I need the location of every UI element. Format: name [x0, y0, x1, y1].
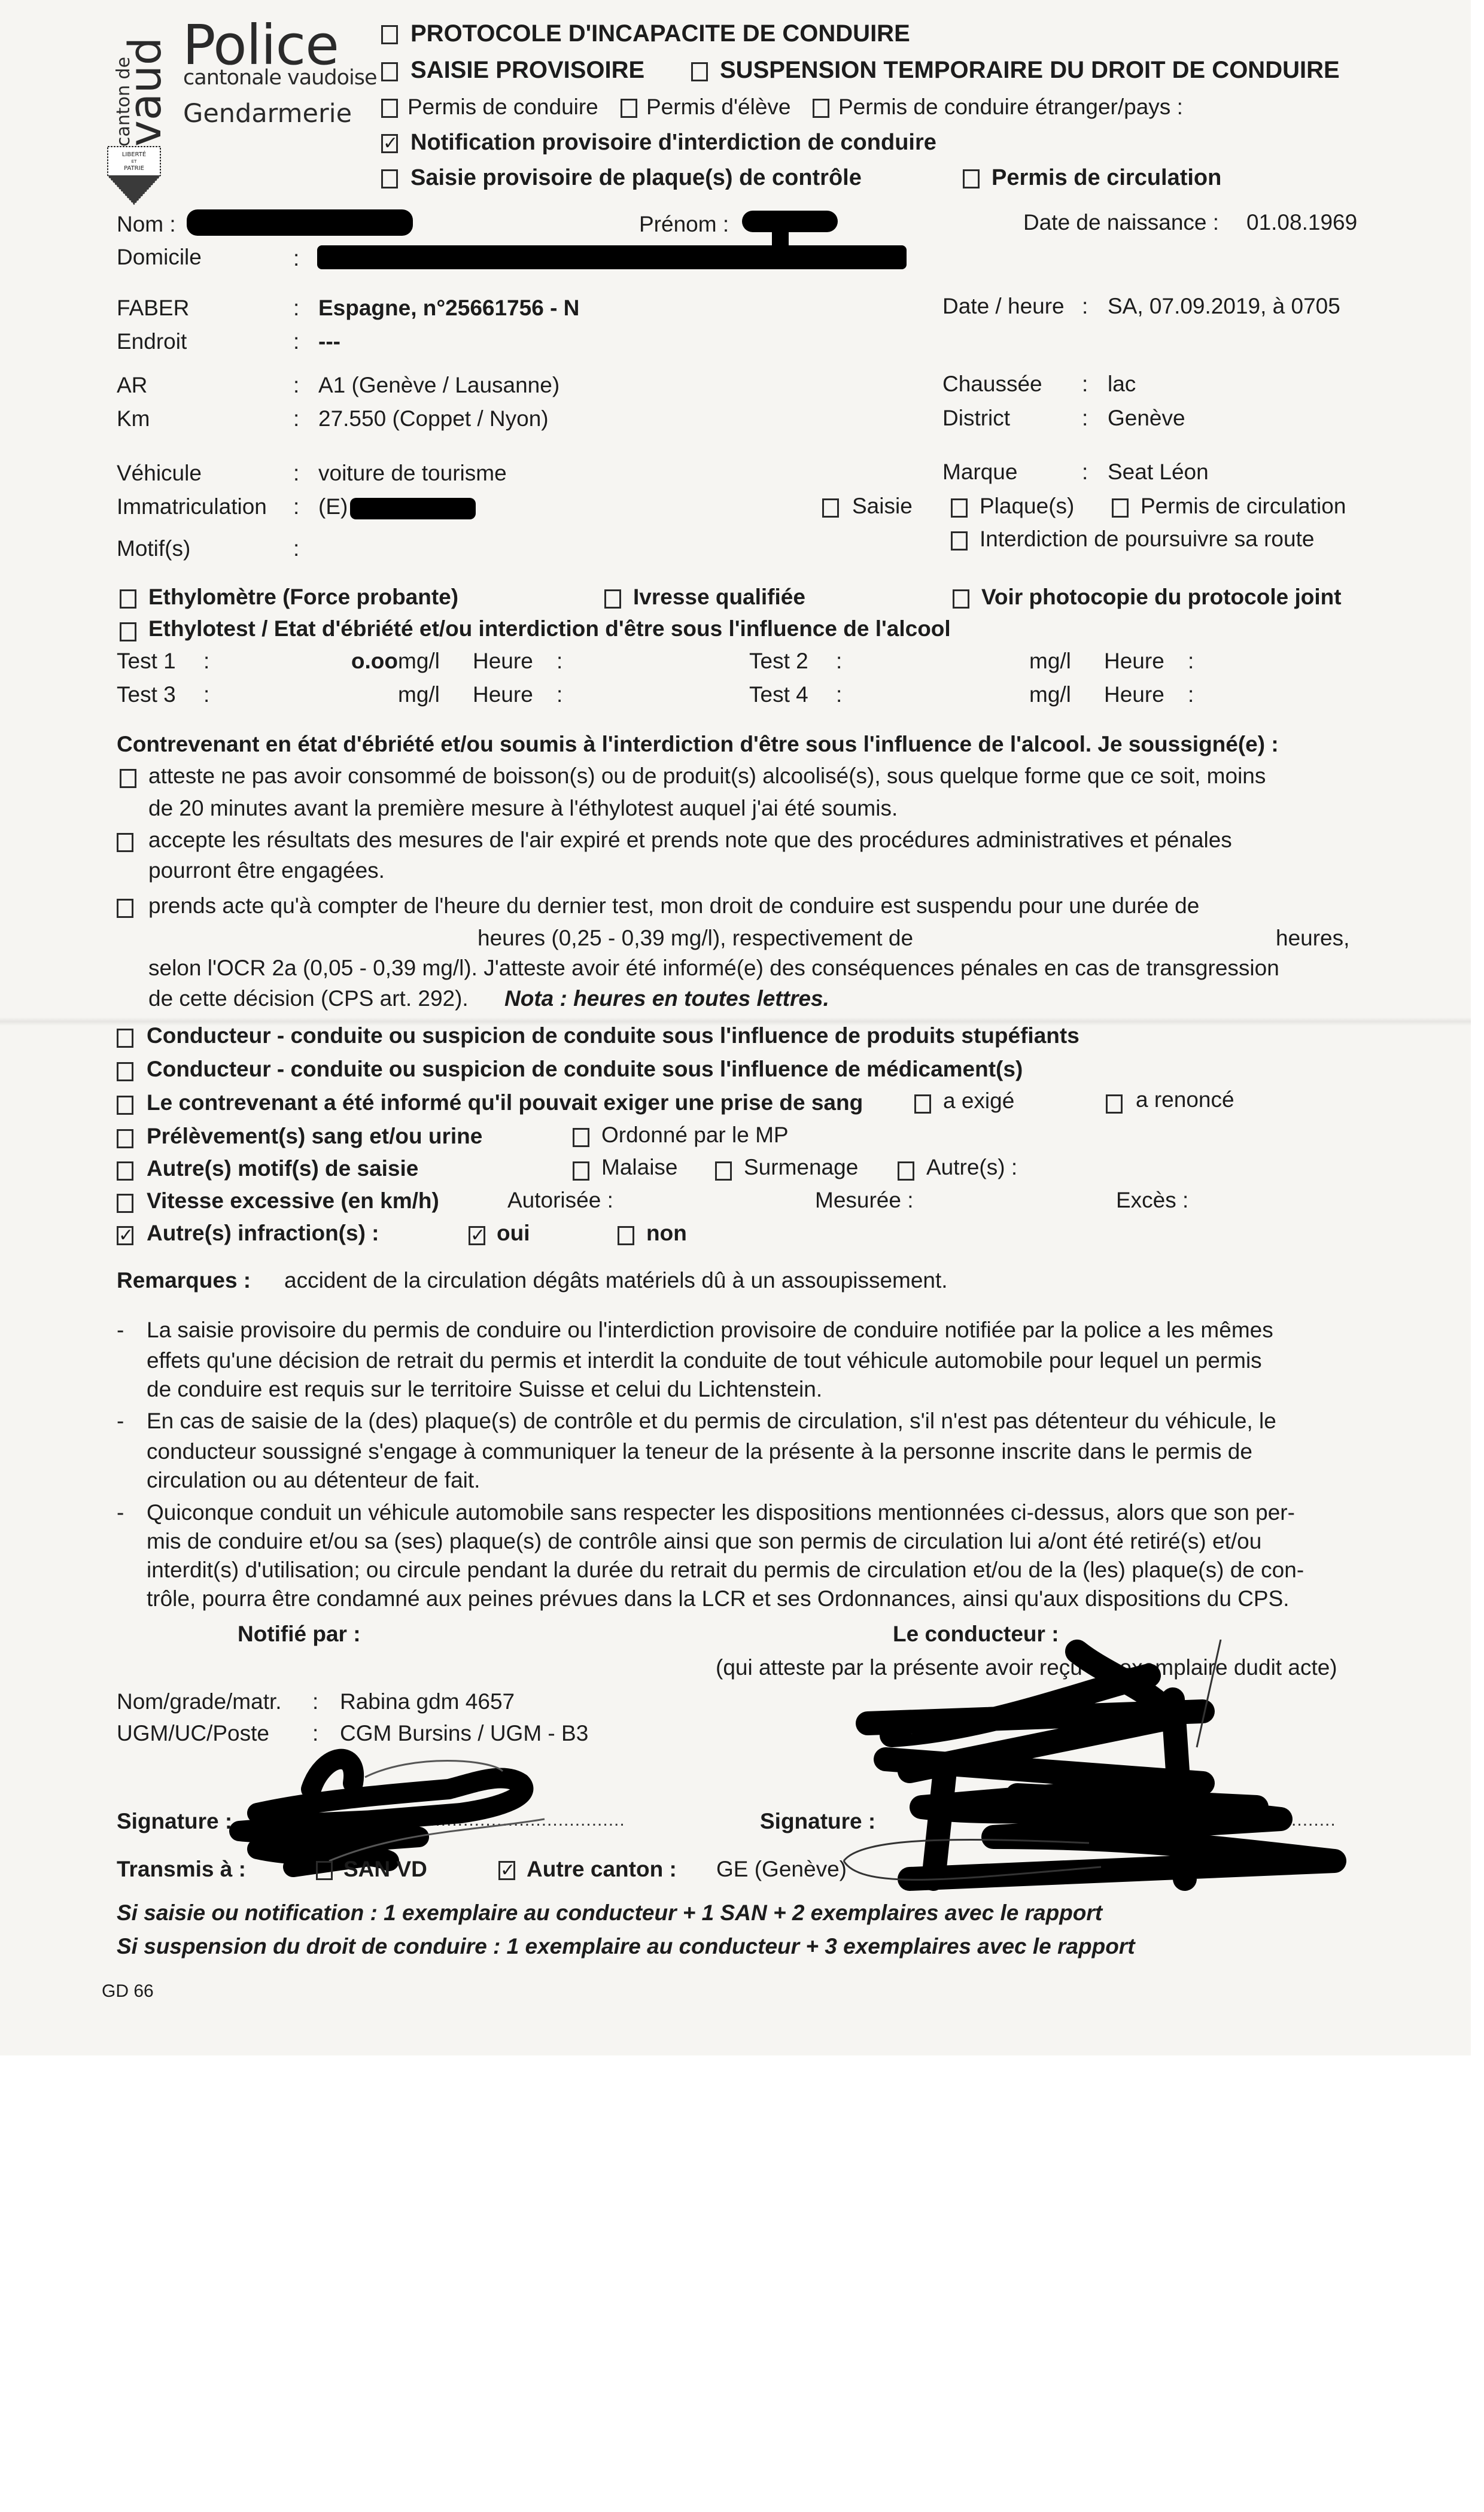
footer-note-suspension: Si suspension du droit de conduire : 1 e…	[117, 1933, 1135, 1960]
ordonne-mp-label: Ordonné par le MP	[601, 1122, 789, 1148]
ivresse-label: Ivresse qualifiée	[633, 584, 805, 610]
option-saisie-plaques-label: Saisie provisoire de plaque(s) de contrô…	[410, 165, 862, 191]
checkbox-ordonne-mp[interactable]	[573, 1128, 589, 1147]
immat-value: (E)	[318, 494, 348, 520]
checkbox-permis-etranger[interactable]	[813, 99, 829, 118]
heures-text-2: heures,	[1276, 925, 1349, 951]
marque-sep: :	[1082, 459, 1088, 485]
test1-heure-label: Heure	[473, 648, 533, 674]
vehicule-value: voiture de tourisme	[318, 460, 507, 486]
checkbox-suspension[interactable]	[691, 62, 708, 81]
checkbox-non[interactable]	[618, 1226, 634, 1245]
notice-2-bullet: -	[117, 1408, 124, 1434]
svg-text:ET: ET	[132, 159, 137, 164]
checkbox-notification[interactable]: ✓	[381, 134, 398, 153]
vaud-shield-icon: LIBERTÉ ET PATRIE	[107, 145, 162, 205]
checkbox-san-vd[interactable]	[316, 1861, 333, 1880]
form-code: GD 66	[102, 1978, 154, 2005]
checkbox-permis-eleve[interactable]	[621, 99, 637, 118]
vehicule-label: Véhicule	[117, 460, 202, 486]
notice-3-line1: Quiconque conduit un véhicule automobile…	[147, 1500, 1295, 1526]
prenom-redacted	[742, 211, 838, 232]
a-renonce-label: a renoncé	[1136, 1087, 1234, 1113]
vehicule-sep: :	[293, 460, 299, 486]
datetime-label: Date / heure	[942, 293, 1065, 320]
checkbox-a-renonce[interactable]	[1106, 1094, 1123, 1114]
option-permis-etranger-label: Permis de conduire étranger/pays :	[838, 94, 1183, 120]
checkbox-plaques[interactable]	[951, 498, 968, 518]
ar-value: A1 (Genève / Lausanne)	[318, 372, 559, 399]
option-suspension-label: SUSPENSION TEMPORAIRE DU DROIT DE CONDUI…	[720, 57, 1340, 83]
medicaments-label: Conducteur - conduite ou suspicion de co…	[147, 1056, 1023, 1082]
test4-sep: :	[836, 682, 842, 708]
test3-heure-label: Heure	[473, 682, 533, 708]
autres-label: Autre(s) :	[926, 1154, 1017, 1181]
marque-label: Marque	[942, 459, 1017, 485]
motifs-sep: :	[293, 536, 299, 562]
checkbox-accepte[interactable]	[117, 833, 133, 852]
km-value: 27.550 (Coppet / Nyon)	[318, 406, 549, 432]
cps-text: de cette décision (CPS art. 292).	[148, 986, 469, 1012]
test1-unit: mg/l	[398, 648, 440, 674]
chaussee-label: Chaussée	[942, 371, 1042, 397]
nom-grade-label: Nom/grade/matr.	[117, 1689, 282, 1715]
non-label: non	[646, 1220, 687, 1246]
remarques-label: Remarques :	[117, 1267, 251, 1294]
option-protocole-label: PROTOCOLE D'INCAPACITE DE CONDUIRE	[410, 20, 910, 47]
malaise-label: Malaise	[601, 1154, 678, 1181]
checkbox-interdiction-route[interactable]	[951, 531, 968, 551]
checkbox-surmenage[interactable]	[715, 1161, 732, 1181]
test1-heure-sep: :	[556, 648, 562, 674]
checkbox-autres[interactable]	[898, 1161, 914, 1181]
stupefiants-label: Conducteur - conduite ou suspicion de co…	[147, 1023, 1079, 1049]
checkbox-autre-motif[interactable]	[117, 1161, 133, 1181]
prelevement-label: Prélèvement(s) sang et/ou urine	[147, 1123, 482, 1149]
test3-label: Test 3	[117, 682, 176, 708]
remarques-value: accident de la circulation dégâts matéri…	[284, 1267, 948, 1294]
nom-grade-sep: :	[312, 1689, 318, 1715]
district-sep: :	[1082, 405, 1088, 431]
notice-3-line4: trôle, pourra être condamné aux peines p…	[147, 1586, 1290, 1612]
autre-canton-value: GE (Genève)	[716, 1856, 847, 1883]
nom-redacted	[187, 209, 413, 236]
ar-sep: :	[293, 372, 299, 399]
checkbox-malaise[interactable]	[573, 1161, 589, 1181]
option-interdiction-route-label: Interdiction de poursuivre sa route	[980, 526, 1314, 552]
option-saisie-provisoire-label: SAISIE PROVISOIRE	[410, 57, 644, 83]
heures-text-1: heures (0,25 - 0,39 mg/l), respectivemen…	[478, 925, 913, 951]
checkbox-saisie-plaques[interactable]	[381, 169, 398, 188]
prenom-label: Prénom :	[639, 211, 729, 238]
oui-label: oui	[497, 1220, 530, 1246]
immat-sep: :	[293, 494, 299, 520]
datetime-value: SA, 07.09.2019, à 0705	[1108, 293, 1340, 320]
transmis-label: Transmis à :	[117, 1856, 246, 1883]
checkbox-photocopie[interactable]	[953, 589, 969, 609]
district-value: Genève	[1108, 405, 1185, 431]
notice-2-line1: En cas de saisie de la (des) plaque(s) d…	[147, 1408, 1276, 1434]
domicile-sep: :	[293, 245, 299, 272]
svg-text:PATRIE: PATRIE	[124, 165, 144, 172]
district-label: District	[942, 405, 1010, 431]
autre-motif-label: Autre(s) motif(s) de saisie	[147, 1155, 418, 1182]
option-notification-label: Notification provisoire d'interdiction d…	[410, 129, 936, 156]
checkbox-protocole[interactable]	[381, 25, 398, 44]
chaussee-value: lac	[1108, 371, 1136, 397]
atteste-line1: atteste ne pas avoir consommé de boisson…	[148, 763, 1266, 789]
endroit-value: ---	[318, 329, 340, 355]
test1-sep: :	[203, 648, 209, 674]
ugm-value: CGM Bursins / UGM - B3	[340, 1720, 588, 1747]
checkbox-vitesse[interactable]	[117, 1194, 133, 1213]
mesuree-label: Mesurée :	[815, 1187, 914, 1214]
checkbox-autre-canton[interactable]: ✓	[498, 1861, 515, 1880]
checkbox-ethylotest[interactable]	[120, 622, 136, 641]
checkbox-medicaments[interactable]	[117, 1062, 133, 1081]
motifs-label: Motif(s)	[117, 536, 190, 562]
ethylotest-label: Ethylotest / Etat d'ébriété et/ou interd…	[148, 616, 951, 642]
notice-1-bullet: -	[117, 1317, 124, 1343]
chaussee-sep: :	[1082, 371, 1088, 397]
km-label: Km	[117, 406, 150, 432]
accepte-line1: accepte les résultats des mesures de l'a…	[148, 827, 1232, 853]
checkbox-oui[interactable]: ✓	[469, 1226, 485, 1245]
checkbox-saisie[interactable]	[822, 498, 839, 518]
domicile-redacted	[317, 245, 907, 269]
checkbox-saisie-provisoire[interactable]	[381, 62, 398, 81]
test2-heure-label: Heure	[1104, 648, 1164, 674]
photocopie-label: Voir photocopie du protocole joint	[981, 584, 1342, 610]
datetime-sep: :	[1082, 293, 1088, 320]
svg-text:vaud: vaud	[120, 37, 166, 147]
checkbox-ivresse[interactable]	[604, 589, 621, 609]
prends-acte-line1: prends acte qu'à compter de l'heure du d…	[148, 893, 1199, 919]
checkbox-prelevement[interactable]	[117, 1129, 133, 1148]
autre-infraction-label: Autre(s) infraction(s) :	[147, 1220, 379, 1246]
test4-label: Test 4	[749, 682, 808, 708]
test1-label: Test 1	[117, 648, 176, 674]
nom-label: Nom :	[117, 211, 176, 238]
option-permis-circulation-vehicle-label: Permis de circulation	[1141, 493, 1346, 519]
declaration-heading: Contrevenant en état d'ébriété et/ou sou…	[117, 731, 1279, 758]
test3-sep: :	[203, 682, 209, 708]
test2-unit: mg/l	[1029, 648, 1071, 674]
test2-heure-sep: :	[1188, 648, 1194, 674]
checkbox-prise-sang[interactable]	[117, 1096, 133, 1115]
option-permis-conduire-label: Permis de conduire	[408, 94, 598, 120]
accepte-line2: pourront être engagées.	[148, 857, 385, 884]
notice-3-line2: mis de conduire et/ou sa (ses) plaque(s)…	[147, 1528, 1261, 1555]
canton-vaud-logo: canton de vaud	[101, 18, 166, 153]
nota-text: Nota : heures en toutes lettres.	[504, 986, 829, 1012]
selon-ocr-text: selon l'OCR 2a (0,05 - 0,39 mg/l). J'att…	[148, 955, 1279, 981]
dob-value: 01.08.1969	[1246, 209, 1357, 236]
autorisee-label: Autorisée :	[507, 1187, 613, 1214]
notice-1-line3: de conduire est requis sur le territoire…	[147, 1376, 822, 1403]
checkbox-autre-infraction[interactable]: ✓	[117, 1226, 133, 1245]
notifie-par-heading: Notifié par :	[238, 1621, 361, 1647]
option-permis-eleve-label: Permis d'élève	[646, 94, 791, 120]
notice-3-line3: interdit(s) d'utilisation; ou circule pe…	[147, 1557, 1304, 1583]
faber-sep: :	[293, 295, 299, 321]
dob-label: Date de naissance :	[1023, 209, 1219, 236]
svg-text:LIBERTÉ: LIBERTÉ	[122, 150, 146, 158]
test1-value: o.oo	[350, 648, 398, 674]
option-saisie-label: Saisie	[852, 493, 913, 519]
immat-redacted	[350, 498, 476, 519]
ar-label: AR	[117, 372, 147, 399]
notice-1-line2: effets qu'une décision de retrait du per…	[147, 1348, 1262, 1374]
san-vd-label: SAN VD	[343, 1856, 427, 1883]
notice-2-line3: circulation ou au détenteur de fait.	[147, 1467, 480, 1494]
nom-grade-value: Rabina gdm 4657	[340, 1689, 515, 1715]
form-paper: canton de vaud LIBERTÉ ET PATRIE Police …	[0, 0, 1471, 2055]
police-subtitle: cantonale vaudoise	[183, 66, 377, 90]
test3-unit: mg/l	[398, 682, 440, 708]
vitesse-label: Vitesse excessive (en km/h)	[147, 1188, 439, 1214]
faber-label: FABER	[117, 295, 189, 321]
checkbox-ethylometre[interactable]	[120, 589, 136, 609]
prise-sang-label: Le contrevenant a été informé qu'il pouv…	[147, 1090, 863, 1116]
ugm-label: UGM/UC/Poste	[117, 1720, 269, 1747]
checkbox-atteste[interactable]	[120, 769, 136, 788]
test4-unit: mg/l	[1029, 682, 1071, 708]
faber-value: Espagne, n°25661756 - N	[318, 295, 579, 321]
surmenage-label: Surmenage	[744, 1154, 858, 1181]
signature-left-label: Signature :	[117, 1808, 232, 1835]
endroit-sep: :	[293, 329, 299, 355]
test4-heure-label: Heure	[1104, 682, 1164, 708]
gendarmerie-label: Gendarmerie	[183, 99, 352, 129]
marque-value: Seat Léon	[1108, 459, 1209, 485]
atteste-line2: de 20 minutes avant la première mesure à…	[148, 795, 898, 822]
footer-note-saisie: Si saisie ou notification : 1 exemplaire…	[117, 1900, 1102, 1926]
option-permis-circulation-label: Permis de circulation	[992, 165, 1221, 191]
notice-1-line1: La saisie provisoire du permis de condui…	[147, 1317, 1273, 1343]
ugm-sep: :	[312, 1720, 318, 1747]
checkbox-permis-circulation-vehicle[interactable]	[1112, 498, 1129, 518]
test3-heure-sep: :	[556, 682, 562, 708]
ethylometre-label: Ethylomètre (Force probante)	[148, 584, 458, 610]
notice-3-bullet: -	[117, 1500, 124, 1526]
checkbox-stupefiants[interactable]	[117, 1029, 133, 1048]
option-plaques-label: Plaque(s)	[980, 493, 1074, 519]
checkbox-permis-conduire[interactable]	[381, 99, 398, 118]
checkbox-a-exige[interactable]	[914, 1094, 931, 1114]
exces-label: Excès :	[1116, 1187, 1188, 1214]
test4-heure-sep: :	[1188, 682, 1194, 708]
test2-sep: :	[836, 648, 842, 674]
domicile-label: Domicile	[117, 244, 202, 270]
notice-2-line2: conducteur soussigné s'engage à communiq…	[147, 1439, 1252, 1465]
test2-label: Test 2	[749, 648, 808, 674]
checkbox-prends-acte[interactable]	[117, 899, 133, 918]
a-exige-label: a exigé	[943, 1088, 1014, 1114]
driver-signature-redacted	[838, 1640, 1388, 1891]
autre-canton-label: Autre canton :	[527, 1856, 677, 1883]
checkbox-permis-circulation[interactable]	[963, 169, 980, 188]
immat-label: Immatriculation	[117, 494, 267, 520]
km-sep: :	[293, 406, 299, 432]
endroit-label: Endroit	[117, 329, 187, 355]
